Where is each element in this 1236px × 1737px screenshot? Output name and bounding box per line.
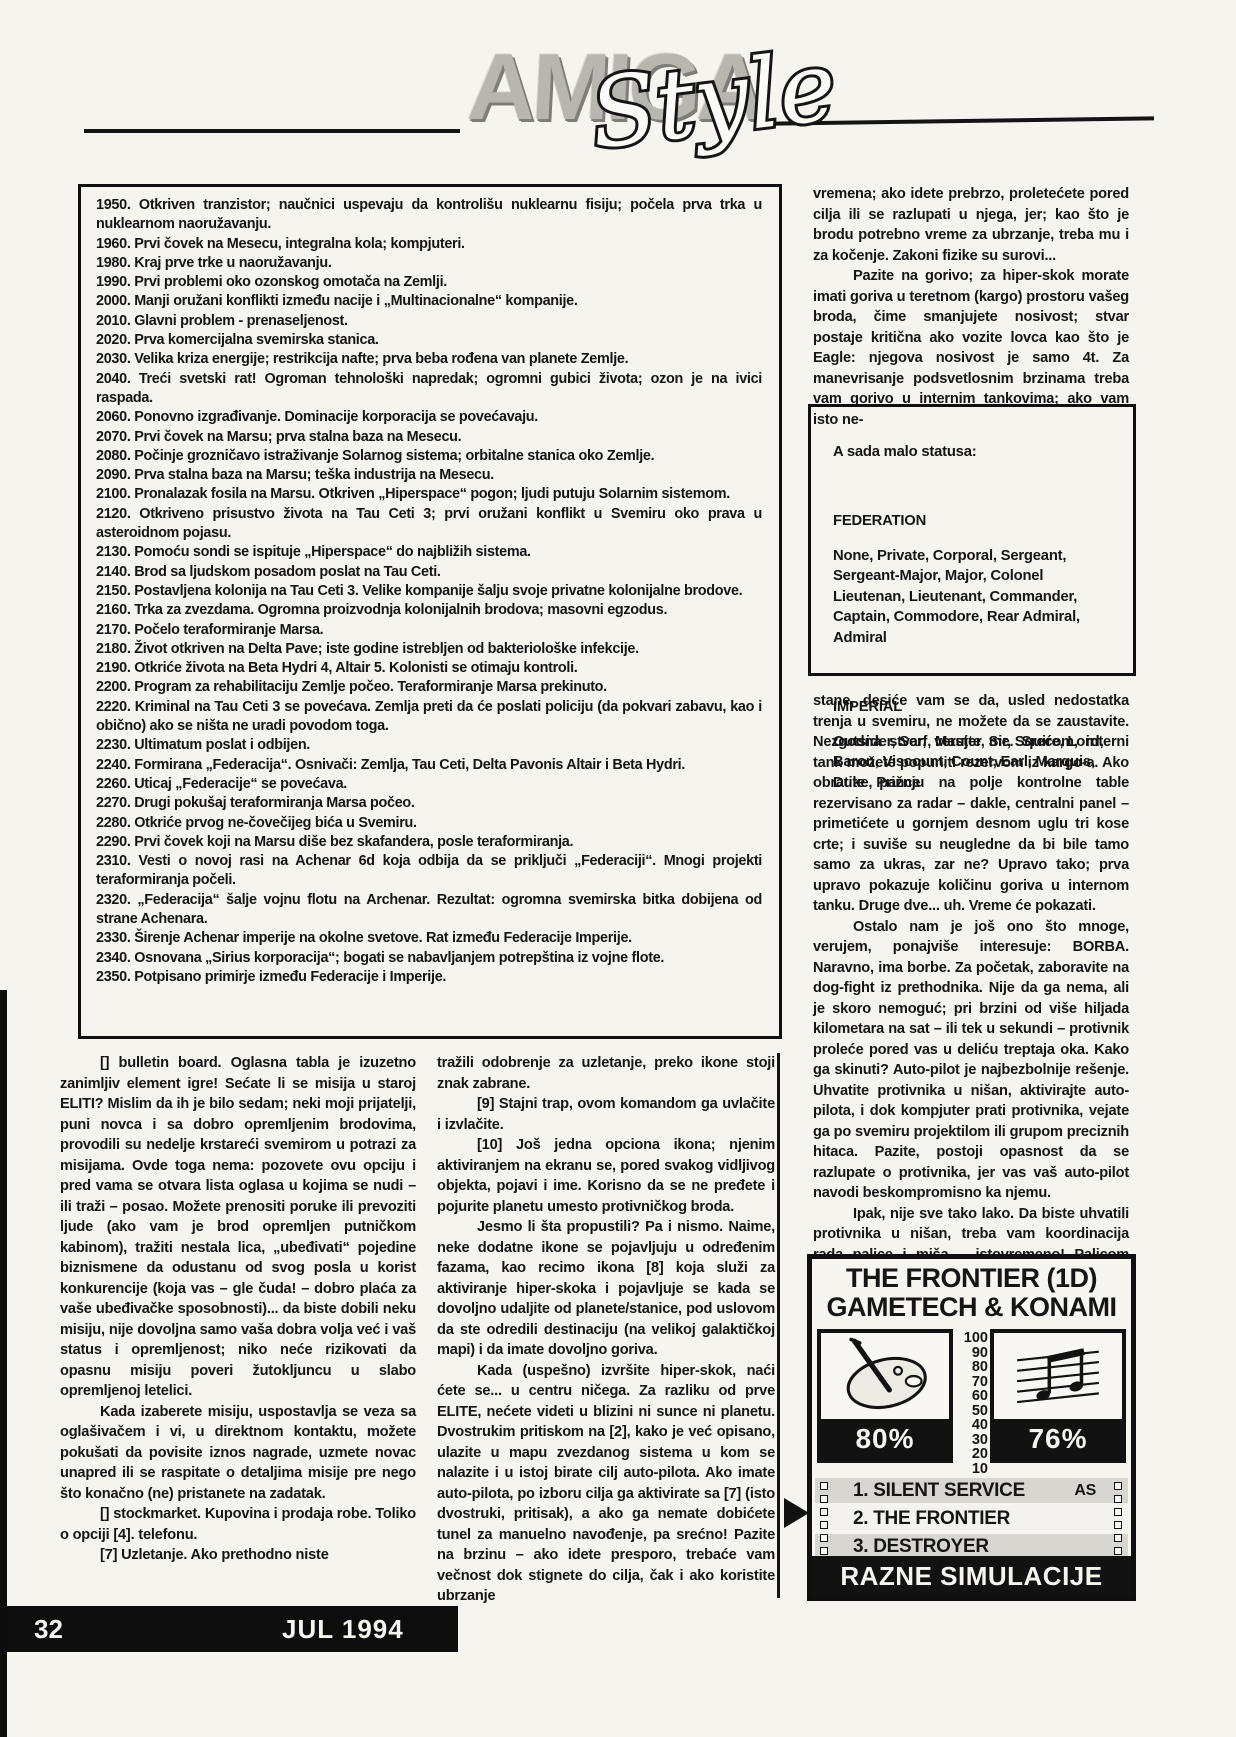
paragraph: Kada (uspešno) izvršite hiper-skok, naći… <box>437 1361 775 1607</box>
scale-tick: 70 <box>955 1375 988 1390</box>
timeline-entry: 2060. Ponovno izgrađivanje. Dominacije k… <box>96 408 762 427</box>
sprocket-rail-left <box>820 1479 829 1558</box>
chart-title: SILENT SERVICE <box>873 1480 1025 1502</box>
chart-title: DESTROYER <box>873 1536 989 1558</box>
music-notes-icon <box>1006 1336 1110 1416</box>
right-column-top: vremena; ako idete prebrzo, proletećete … <box>813 184 1129 430</box>
review-subtitle: GAMETECH & KONAMI <box>812 1293 1131 1322</box>
column-divider <box>777 1053 780 1598</box>
chart-note: AS <box>1074 1482 1096 1500</box>
bottom-column-1: [] bulletin board. Oglasna tabla je izuz… <box>60 1053 416 1566</box>
rating-scale: 100 90 80 70 60 50 40 30 20 10 <box>955 1329 988 1471</box>
sound-icon-area <box>994 1333 1122 1419</box>
review-box: THE FRONTIER (1D) GAMETECH & KONAMI 80% … <box>807 1254 1136 1601</box>
scale-tick: 60 <box>955 1389 988 1404</box>
timeline-entry: 2310. Vesti o novoj rasi na Achenar 6d k… <box>96 852 762 891</box>
timeline-entry: 2160. Trka za zvezdama. Ogromna proizvod… <box>96 601 762 620</box>
timeline-entry: 2090. Prva stalna baza na Marsu; teška i… <box>96 466 762 485</box>
scale-tick: 80 <box>955 1360 988 1375</box>
status-heading: A sada malo statusa: <box>833 442 1111 462</box>
chart-row: 2. THE FRONTIER <box>815 1506 1128 1531</box>
timeline-entry: 2350. Potpisano primirje između Federaci… <box>96 968 762 987</box>
header-rule-left <box>84 129 460 133</box>
paragraph: Kada izaberete misiju, uspostavlja se ve… <box>60 1402 416 1505</box>
timeline-entry: 2030. Velika kriza energije; restrikcija… <box>96 350 762 369</box>
chart-row: 1. SILENT SERVICE AS <box>815 1478 1128 1503</box>
timeline-entry: 1980. Kraj prve trke u naoružavanju. <box>96 254 762 273</box>
review-title: THE FRONTIER (1D) <box>812 1264 1131 1293</box>
timeline-entry: 2180. Život otkriven na Delta Pave; iste… <box>96 640 762 659</box>
timeline-entry: 2330. Širenje Achenar imperije na okolne… <box>96 929 762 948</box>
timeline-entry: 2120. Otkriveno prisustvo života na Tau … <box>96 505 762 544</box>
timeline-entry: 1990. Prvi problemi oko ozonskog omotača… <box>96 273 762 292</box>
timeline-entry: 2290. Prvi čovek koji na Marsu diše bez … <box>96 833 762 852</box>
graphics-icon-area <box>821 1333 949 1419</box>
timeline-entry: 2010. Glavni problem - prenaseljenost. <box>96 312 762 331</box>
timeline-box: 1950. Otkriven tranzistor; naučnici uspe… <box>78 184 782 1039</box>
paragraph: Ostalo nam je još ono što mnoge, verujem… <box>813 917 1129 1204</box>
timeline-entry: 2070. Prvi čovek na Marsu; prva stalna b… <box>96 428 762 447</box>
graphics-rating-panel: 80% <box>817 1329 953 1463</box>
footer-bar: 32 JUL 1994 <box>0 1606 458 1652</box>
paragraph: [] bulletin board. Oglasna tabla je izuz… <box>60 1053 416 1402</box>
paragraph: [] stockmarket. Kupovina i prodaja robe.… <box>60 1504 416 1545</box>
scale-tick: 50 <box>955 1404 988 1419</box>
timeline-entry: 2040. Treći svetski rat! Ogroman tehnolo… <box>96 370 762 409</box>
style-script-text: Style <box>584 30 842 171</box>
timeline-entry: 2340. Osnovana „Sirius korporacija“; bog… <box>96 949 762 968</box>
timeline-entry: 2190. Otkriće života na Beta Hydri 4, Al… <box>96 659 762 678</box>
chart-rank: 3. <box>853 1536 868 1558</box>
scale-tick: 40 <box>955 1418 988 1433</box>
scale-tick: 30 <box>955 1433 988 1448</box>
federation-ranks: None, Private, Corporal, Sergeant, Serge… <box>833 546 1111 648</box>
palette-icon <box>833 1336 937 1416</box>
timeline-entry: 2220. Kriminal na Tau Ceti 3 se povećava… <box>96 698 762 737</box>
paragraph: tražili odobrenje za uzletanje, preko ik… <box>437 1053 775 1094</box>
chart-list: 1. SILENT SERVICE AS 2. THE FRONTIER 3. … <box>812 1478 1131 1559</box>
ratings-row: 80% 100 90 80 70 60 50 40 30 20 10 <box>812 1322 1131 1471</box>
right-column-bottom: stane, desiće vam se da, usled nedostatk… <box>813 691 1129 1306</box>
scale-tick: 20 <box>955 1447 988 1462</box>
page-number: 32 <box>34 1614 63 1645</box>
timeline-entry: 2270. Drugi pokušaj teraformiranja Marsa… <box>96 794 762 813</box>
timeline-entry: 2140. Brod sa ljudskom posadom poslat na… <box>96 563 762 582</box>
timeline-entry: 2170. Počelo teraformiranje Marsa. <box>96 621 762 640</box>
current-item-arrow <box>784 1498 809 1528</box>
timeline-entry: 2200. Program za rehabilitaciju Zemlje p… <box>96 678 762 697</box>
sound-rating-panel: 76% <box>990 1329 1126 1463</box>
paragraph: [9] Stajni trap, ovom komandom ga uvlači… <box>437 1094 775 1135</box>
timeline-entry: 2080. Počinje grozničavo istraživanje So… <box>96 447 762 466</box>
chart-rank: 1. <box>853 1480 868 1502</box>
timeline-entry: 2020. Prva komercijalna svemirska stanic… <box>96 331 762 350</box>
paragraph: Jesmo li šta propustili? Pa i nismo. Nai… <box>437 1217 775 1361</box>
timeline-entry: 2100. Pronalazak fosila na Marsu. Otkriv… <box>96 485 762 504</box>
left-edge-artifact <box>0 990 7 1737</box>
timeline-entry: 1950. Otkriven tranzistor; naučnici uspe… <box>96 196 762 235</box>
chart-title: THE FRONTIER <box>873 1508 1010 1530</box>
timeline-entry: 2230. Ultimatum poslat i odbijen. <box>96 736 762 755</box>
bottom-column-2: tražili odobrenje za uzletanje, preko ik… <box>437 1053 775 1607</box>
graphics-percent: 80% <box>821 1419 949 1459</box>
sound-percent: 76% <box>994 1419 1122 1459</box>
timeline-entry: 2000. Manji oružani konflikti između nac… <box>96 292 762 311</box>
timeline-entry: 1960. Prvi čovek na Mesecu, integralna k… <box>96 235 762 254</box>
paragraph: [10] Još jedna opciona ikona; njenim akt… <box>437 1135 775 1217</box>
paragraph: stane, desiće vam se da, usled nedostatk… <box>813 691 1129 917</box>
scale-tick: 90 <box>955 1346 988 1361</box>
status-box: A sada malo statusa: FEDERATION None, Pr… <box>808 404 1136 676</box>
timeline-entry: 2130. Pomoću sondi se ispituje „Hiperspa… <box>96 543 762 562</box>
sprocket-rail-right <box>1114 1479 1123 1558</box>
timeline-entry: 2150. Postavljena kolonija na Tau Ceti 3… <box>96 582 762 601</box>
federation-label: FEDERATION <box>833 511 1111 531</box>
timeline-entry: 2320. „Federacija“ šalje vojnu flotu na … <box>96 891 762 930</box>
category-bar: RAZNE SIMULACIJE <box>812 1556 1131 1596</box>
scale-tick: 100 <box>955 1331 988 1346</box>
timeline-entry: 2260. Uticaj „Federacije“ se povećava. <box>96 775 762 794</box>
paragraph: [7] Uzletanje. Ako prethodno niste <box>60 1545 416 1566</box>
paragraph: vremena; ako idete prebrzo, proletećete … <box>813 184 1129 266</box>
style-script-logo: Style <box>572 14 872 184</box>
timeline-entry: 2240. Formirana „Federacija“. Osnivači: … <box>96 756 762 775</box>
timeline-entry: 2280. Otkriće prvog ne-čovečijeg bića u … <box>96 814 762 833</box>
chart-rank: 2. <box>853 1508 868 1530</box>
issue-date: JUL 1994 <box>282 1614 404 1645</box>
scale-tick: 10 <box>955 1462 988 1477</box>
